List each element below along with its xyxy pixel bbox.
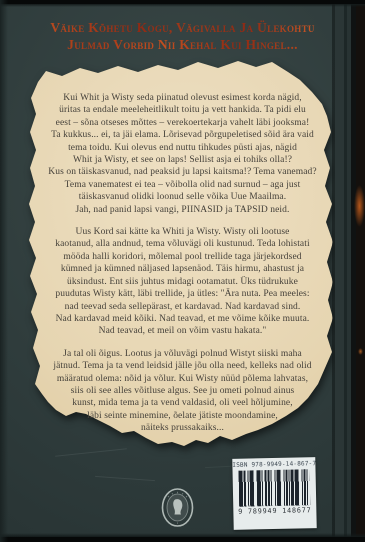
body-line: kümned ja kümned näljased lapsenäod. Täi… bbox=[30, 263, 335, 275]
body-line: Kui Whit ja Wisty seda piinatud olevust … bbox=[30, 92, 335, 104]
body-line: Ja tal oli õigus. Lootus ja võluvägi pol… bbox=[30, 348, 335, 360]
isbn-barcode: ISBN 978-9949-14-867-7 9 789949 148677 bbox=[232, 457, 316, 530]
isbn-label: ISBN 978-9949-14-867-7 bbox=[232, 460, 315, 469]
body-line: Uus Kord sai kätte ka Whiti ja Wisty. Wi… bbox=[30, 226, 335, 238]
paragraph-2: Uus Kord sai kätte ka Whiti ja Wisty. Wi… bbox=[30, 226, 335, 338]
barcode-bars bbox=[239, 469, 311, 506]
body-line: täiskasvanud olidki loonud selle võika U… bbox=[30, 191, 335, 203]
book-spine-edge bbox=[332, 0, 365, 542]
body-line: nad teevad seda sellepärast, et kardavad… bbox=[30, 301, 335, 313]
paragraph-1: Kui Whit ja Wisty seda piinatud olevust … bbox=[30, 92, 335, 216]
body-line: Tema vanematest ei tea – võibolla olid n… bbox=[30, 179, 335, 191]
body-line: Jah, nad panid lapsi vangi, PIINASID ja … bbox=[30, 204, 335, 216]
body-line: Nad kardavad meid kõiki. Nad teavad, et … bbox=[30, 313, 335, 325]
cover-edge-left bbox=[0, 0, 8, 542]
body-line: üritas ta endale meeleheitlikult toitu j… bbox=[30, 104, 335, 116]
body-line: kunst, mida tema ja ta vend valdasid, ol… bbox=[30, 397, 335, 409]
publisher-cameo-logo-icon bbox=[159, 486, 196, 529]
body-line: eest – sõna otseses mõttes – verekoertek… bbox=[30, 117, 335, 129]
body-line: Nad teavad, et meil on võim vastu hakata… bbox=[30, 325, 335, 337]
body-line: kaotanud, alla andnud, tema võluvägi oli… bbox=[30, 238, 335, 250]
body-line: Kus on täiskasvanud, nad peaksid ju laps… bbox=[30, 166, 335, 178]
body-line: mööda halli koridori, mõlemal pool trell… bbox=[30, 251, 335, 263]
body-line: jätnud. Tema ja ta vend leidsid jälle jõ… bbox=[30, 360, 335, 372]
spine-artwork-dot bbox=[358, 348, 363, 355]
cover-edge-bottom bbox=[0, 533, 365, 542]
body-line: Ta kukkus... ei, ta jäi elama. Lõrisevad… bbox=[30, 129, 335, 141]
body-line: näiteks prussakaiks... bbox=[30, 422, 335, 434]
spine-artwork-glow bbox=[354, 185, 365, 227]
back-cover-text: Kui Whit ja Wisty seda piinatud olevust … bbox=[30, 92, 335, 445]
body-line: läbi seinte minemine, õelate jätiste moo… bbox=[30, 410, 335, 422]
body-line: siis oli see alles võitluse algus. See j… bbox=[30, 385, 335, 397]
book-back-cover: Väike Kõhetu Kogu, Vägivalla Ja Ülekohtu… bbox=[0, 0, 365, 542]
body-line: puudutas Wisty kätt, läbi trellide, ja ü… bbox=[30, 288, 335, 300]
barcode-digits: 9 789949 148677 bbox=[233, 506, 316, 516]
body-line: määratud olema: nõid ja võlur. Kui Wisty… bbox=[30, 373, 335, 385]
body-line: tema toidu. Kui olevus end nuttu tihkude… bbox=[30, 142, 335, 154]
paragraph-3: Ja tal oli õigus. Lootus ja võluvägi pol… bbox=[30, 348, 335, 435]
body-line: Whit ja Wisty, et see on laps! Sellist a… bbox=[30, 154, 335, 166]
cover-edge-top bbox=[0, 0, 365, 7]
body-line: üksindust. Ent siis juhtus midagi ootama… bbox=[30, 276, 335, 288]
